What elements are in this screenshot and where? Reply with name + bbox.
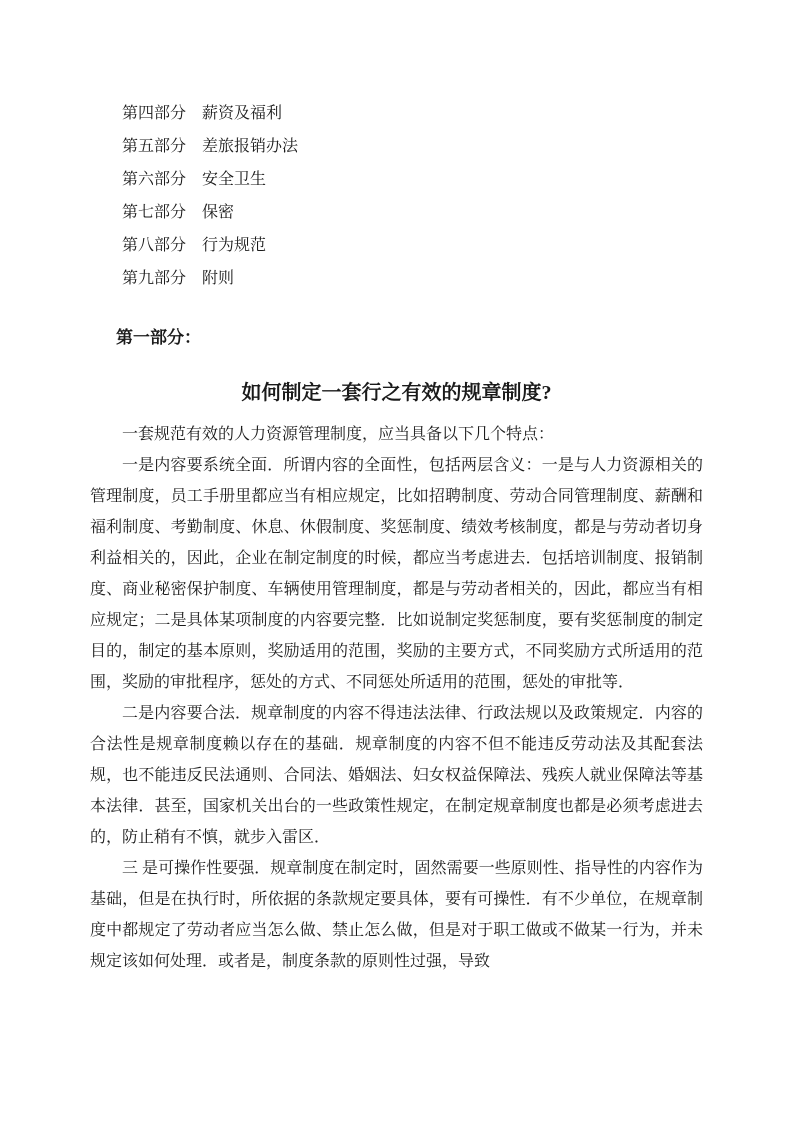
paragraph-point2: 二是内容要合法．规章制度的内容不得违法法律、行政法规以及政策规定．内容的合法性是… bbox=[90, 698, 703, 853]
toc-item-part4: 第四部分 薪资及福利 bbox=[90, 97, 703, 130]
table-of-contents: 第四部分 薪资及福利 第五部分 差旅报销办法 第六部分 安全卫生 第七部分 保密… bbox=[90, 97, 703, 295]
paragraph-point1: 一是内容要系统全面．所谓内容的全面性，包括两层含义：一是与人力资源相关的管理制度… bbox=[90, 450, 703, 698]
document-content: 第四部分 薪资及福利 第五部分 差旅报销办法 第六部分 安全卫生 第七部分 保密… bbox=[90, 0, 703, 977]
paragraph-intro: 一套规范有效的人力资源管理制度，应当具备以下几个特点： bbox=[90, 419, 703, 450]
document-title: 如何制定一套行之有效的规章制度? bbox=[90, 377, 703, 410]
toc-item-part7: 第七部分 保密 bbox=[90, 196, 703, 229]
toc-item-part9: 第九部分 附则 bbox=[90, 262, 703, 295]
paragraph-point3: 三 是可操作性要强．规章制度在制定时，固然需要一些原则性、指导性的内容作为基础，… bbox=[90, 853, 703, 977]
body-text: 一套规范有效的人力资源管理制度，应当具备以下几个特点： 一是内容要系统全面．所谓… bbox=[90, 419, 703, 977]
toc-item-part5: 第五部分 差旅报销办法 bbox=[90, 130, 703, 163]
section-heading: 第一部分： bbox=[90, 321, 703, 354]
document-page: 第四部分 薪资及福利 第五部分 差旅报销办法 第六部分 安全卫生 第七部分 保密… bbox=[0, 0, 793, 1122]
toc-item-part6: 第六部分 安全卫生 bbox=[90, 163, 703, 196]
toc-item-part8: 第八部分 行为规范 bbox=[90, 229, 703, 262]
